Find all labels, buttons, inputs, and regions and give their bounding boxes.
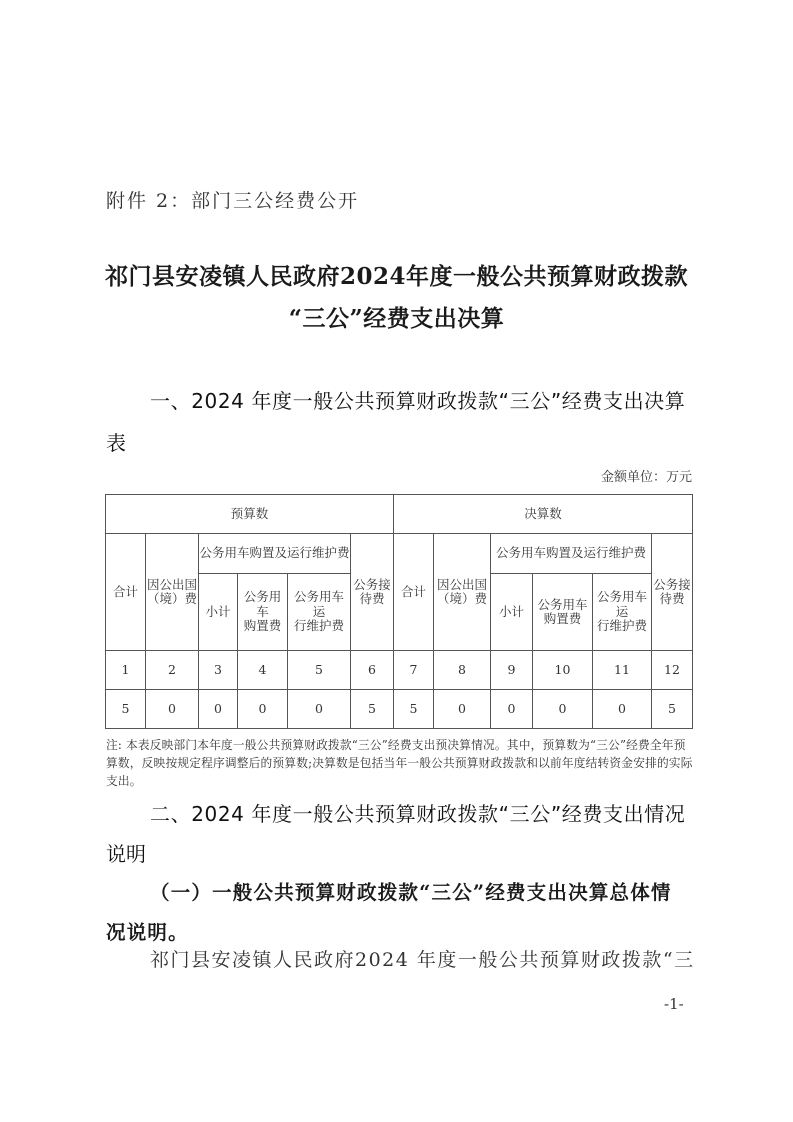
col-number: 3 <box>199 651 238 690</box>
header-vehicle-operation: 公务用车运行维护费 <box>593 574 652 651</box>
col-number: 11 <box>593 651 652 690</box>
three-public-expenses-table: 预算数 决算数 合计 因公出国（境）费 公务用车购置及运行维护费 公务接待费 合… <box>105 494 693 729</box>
document-title-line2: “三公”经费支出决算 <box>0 300 793 333</box>
col-number: 4 <box>238 651 288 690</box>
header-vehicle-purchase: 公务用车购置费 <box>533 574 593 651</box>
header-abroad: 因公出国（境）费 <box>434 534 491 651</box>
value-cell: 0 <box>491 690 533 729</box>
header-abroad: 因公出国（境）费 <box>146 534 199 651</box>
header-vehicle-operation: 公务用车运行维护费 <box>288 574 351 651</box>
header-vehicle-group: 公务用车购置及运行维护费 <box>199 534 351 574</box>
col-number: 12 <box>652 651 693 690</box>
header-reception: 公务接待费 <box>652 534 693 651</box>
header-vehicle-group: 公务用车购置及运行维护费 <box>491 534 652 574</box>
attachment-label: 附件 2：部门三公经费公开 <box>106 186 359 213</box>
page-number: -1- <box>664 995 684 1013</box>
header-subtotal: 小计 <box>199 574 238 651</box>
value-cell: 0 <box>146 690 199 729</box>
value-cell: 0 <box>288 690 351 729</box>
table-note: 注: 本表反映部门本年度一般公共预算财政拨款“三公”经费支出预决算情况。其中，预… <box>106 736 696 790</box>
col-number: 5 <box>288 651 351 690</box>
value-cell: 0 <box>434 690 491 729</box>
value-cell: 5 <box>652 690 693 729</box>
header-total: 合计 <box>106 534 146 651</box>
amount-unit: 金额单位：万元 <box>601 466 692 485</box>
header-vehicle-purchase: 公务用车购置费 <box>238 574 288 651</box>
body-paragraph: 祁门县安凌镇人民政府2024 年度一般公共预算财政拨款“三 <box>150 945 695 972</box>
value-cell: 5 <box>394 690 434 729</box>
header-total: 合计 <box>394 534 434 651</box>
column-number-row: 1 2 3 4 5 6 7 8 9 10 11 12 <box>106 651 693 690</box>
header-subtotal: 小计 <box>491 574 533 651</box>
value-cell: 0 <box>199 690 238 729</box>
value-row: 5 0 0 0 0 5 5 0 0 0 0 5 <box>106 690 693 729</box>
section1-heading: 一、2024 年度一般公共预算财政拨款“三公”经费支出决算 <box>150 385 685 414</box>
section2-heading: 二、2024 年度一般公共预算财政拨款“三公”经费支出情况 <box>150 798 685 827</box>
header-reception: 公务接待费 <box>351 534 394 651</box>
col-number: 7 <box>394 651 434 690</box>
section2-heading-cont: 说明 <box>106 838 146 867</box>
value-cell: 5 <box>106 690 146 729</box>
col-number: 2 <box>146 651 199 690</box>
final-group-header: 决算数 <box>394 495 693 534</box>
subsection1-heading: （一）一般公共预算财政拨款“三公”经费支出决算总体情 <box>150 877 672 905</box>
subsection1-heading-cont: 况说明。 <box>106 917 189 945</box>
value-cell: 5 <box>351 690 394 729</box>
col-number: 9 <box>491 651 533 690</box>
value-cell: 0 <box>238 690 288 729</box>
value-cell: 0 <box>533 690 593 729</box>
col-number: 10 <box>533 651 593 690</box>
col-number: 6 <box>351 651 394 690</box>
section1-heading-cont: 表 <box>106 427 126 456</box>
col-number: 8 <box>434 651 491 690</box>
budget-group-header: 预算数 <box>106 495 394 534</box>
document-title-line1: 祁门县安凌镇人民政府2024年度一般公共预算财政拨款 <box>0 258 793 291</box>
col-number: 1 <box>106 651 146 690</box>
value-cell: 0 <box>593 690 652 729</box>
